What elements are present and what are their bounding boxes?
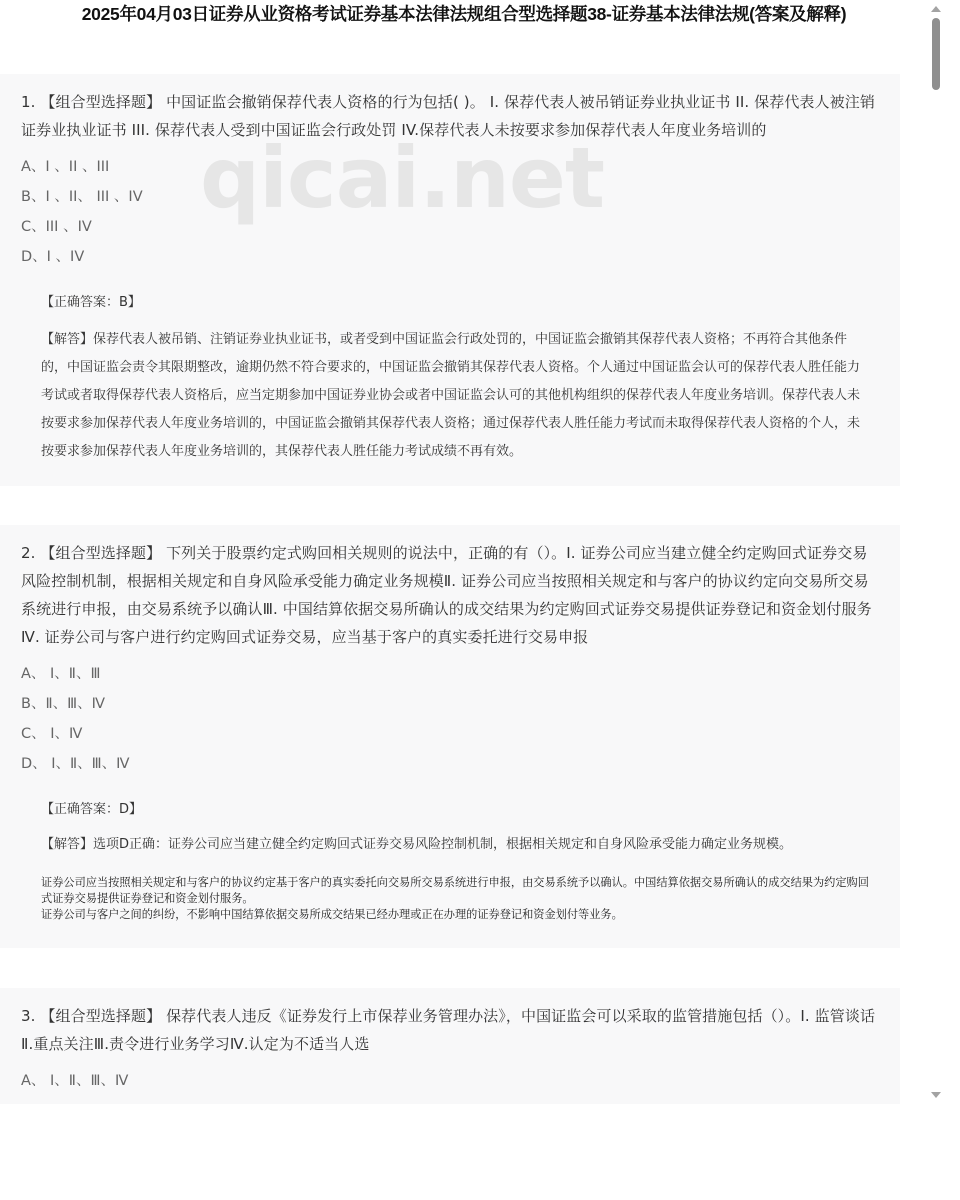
question-number: 1. — [21, 93, 36, 111]
question-card-1: 1. 【组合型选择题】 中国证监会撤销保荐代表人资格的行为包括( )。 I. 保… — [0, 74, 900, 486]
scroll-down-arrow-icon[interactable] — [931, 1092, 941, 1098]
question-type: 【组合型选择题】 — [40, 93, 161, 111]
option-c[interactable]: C、 Ⅰ、Ⅳ — [21, 719, 880, 749]
page-viewport: 2025年04月03日证券从业资格考试证券基本法律法规组合型选择题38-证券基本… — [0, 0, 928, 1104]
question-stem: 2. 【组合型选择题】 下列关于股票约定式购回相关规则的说法中，正确的有（）。Ⅰ… — [21, 525, 880, 651]
option-d[interactable]: D、 Ⅰ、Ⅱ、Ⅲ、Ⅳ — [21, 749, 880, 779]
analysis-paragraph: 证券公司应当按照相关规定和与客户的协议约定基于客户的真实委托向交易所交易系统进行… — [41, 875, 870, 907]
page-title: 2025年04月03日证券从业资格考试证券基本法律法规组合型选择题38-证券基本… — [0, 4, 928, 24]
question-type: 【组合型选择题】 — [40, 1007, 161, 1025]
options-list: A、I 、II 、III B、I 、II、 III 、IV C、III 、IV … — [21, 152, 880, 272]
options-list: A、 Ⅰ、Ⅱ、Ⅲ B、Ⅱ、Ⅲ、Ⅳ C、 Ⅰ、Ⅳ D、 Ⅰ、Ⅱ、Ⅲ、Ⅳ — [21, 659, 880, 779]
correct-answer: 【正确答案：B】 — [41, 294, 880, 312]
question-type: 【组合型选择题】 — [40, 544, 161, 562]
option-b[interactable]: B、Ⅱ、Ⅲ、Ⅳ — [21, 689, 880, 719]
option-b[interactable]: B、Ⅱ、Ⅲ、Ⅳ — [21, 1096, 880, 1104]
vertical-scrollbar[interactable] — [928, 0, 944, 1104]
scroll-up-arrow-icon[interactable] — [931, 6, 941, 12]
option-c[interactable]: C、III 、IV — [21, 212, 880, 242]
option-d[interactable]: D、I 、IV — [21, 242, 880, 272]
scrollbar-thumb[interactable] — [932, 18, 940, 90]
question-stem: 1. 【组合型选择题】 中国证监会撤销保荐代表人资格的行为包括( )。 I. 保… — [21, 74, 880, 144]
question-number: 3. — [21, 1007, 36, 1025]
analysis-paragraph: 证券公司与客户之间的纠纷，不影响中国结算依据交易所成交结果已经办理或正在办理的证… — [41, 907, 870, 923]
answer-analysis: 【解答】保荐代表人被吊销、注销证券业执业证书，或者受到中国证监会行政处罚的，中国… — [41, 326, 880, 466]
correct-answer: 【正确答案：D】 — [41, 801, 880, 819]
answer-analysis: 【解答】选项D正确：证券公司应当建立健全约定购回式证券交易风险控制机制，根据相关… — [41, 831, 880, 859]
option-a[interactable]: A、I 、II 、III — [21, 152, 880, 182]
option-a[interactable]: A、 Ⅰ、Ⅱ、Ⅲ — [21, 659, 880, 689]
option-b[interactable]: B、I 、II、 III 、IV — [21, 182, 880, 212]
question-card-2: 2. 【组合型选择题】 下列关于股票约定式购回相关规则的说法中，正确的有（）。Ⅰ… — [0, 525, 900, 948]
question-card-3: 3. 【组合型选择题】 保荐代表人违反《证券发行上市保荐业务管理办法》，中国证监… — [0, 988, 900, 1104]
option-a[interactable]: A、 Ⅰ、Ⅱ、Ⅲ、Ⅳ — [21, 1066, 880, 1096]
question-stem: 3. 【组合型选择题】 保荐代表人违反《证券发行上市保荐业务管理办法》，中国证监… — [21, 988, 880, 1058]
question-number: 2. — [21, 544, 36, 562]
options-list: A、 Ⅰ、Ⅱ、Ⅲ、Ⅳ B、Ⅱ、Ⅲ、Ⅳ — [21, 1066, 880, 1104]
answer-analysis-extra: 证券公司应当按照相关规定和与客户的协议约定基于客户的真实委托向交易所交易系统进行… — [41, 875, 880, 923]
